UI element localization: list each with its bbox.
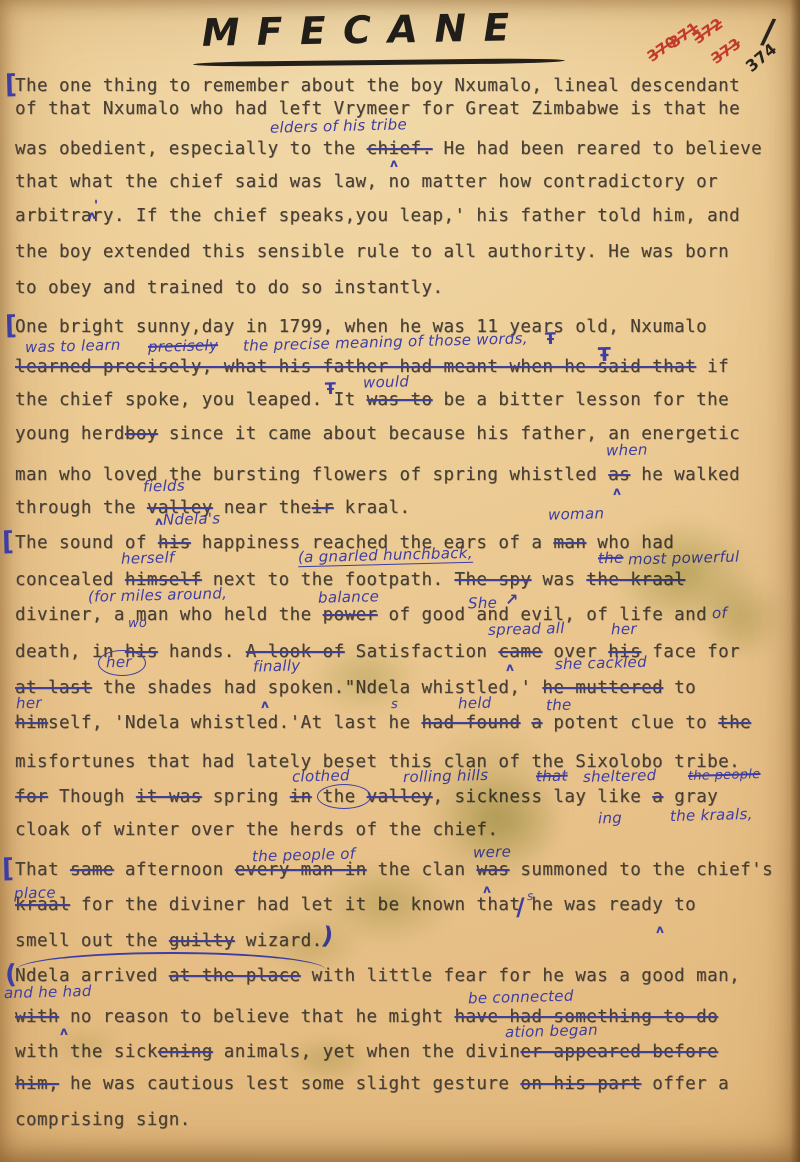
struck-typed-text: in bbox=[290, 787, 312, 807]
handwritten-annotation: elders of his tribe bbox=[270, 115, 407, 137]
handwritten-annotation: she cackled bbox=[555, 653, 647, 673]
typed-line: at last the shades had spoken."Ndela whi… bbox=[15, 678, 696, 698]
caret-mark: ʌ bbox=[88, 208, 96, 222]
handwritten-struck-word: the bbox=[598, 549, 624, 568]
typed-text: Though bbox=[48, 787, 136, 807]
struck-typed-text: ir bbox=[312, 498, 334, 518]
struck-typed-text: same bbox=[70, 860, 114, 880]
handwritten-annotation: the bbox=[546, 696, 572, 715]
typed-text: man who loved the bursting flowers of sp… bbox=[15, 465, 608, 485]
typed-line: to obey and trained to do so instantly. bbox=[15, 278, 443, 298]
typed-line: kraal for the diviner had let it be know… bbox=[15, 895, 696, 915]
handwritten-annotation: s bbox=[527, 889, 534, 903]
typed-text: no reason to believe that he might bbox=[59, 1007, 455, 1027]
typed-text: self, 'Ndela whistled.'At last he bbox=[48, 713, 422, 733]
handwritten-annotation: the kraals, bbox=[670, 805, 753, 825]
struck-typed-text: as bbox=[608, 465, 630, 485]
caret-mark: ʌ bbox=[613, 484, 621, 498]
insertion-mark: ↗ bbox=[505, 590, 519, 609]
typed-text: wizard. bbox=[235, 931, 323, 951]
handwritten-annotation: s bbox=[391, 697, 398, 712]
typed-text: next to the footpath. bbox=[202, 570, 455, 590]
struck-typed-text: was to bbox=[367, 390, 433, 410]
handwritten-annotation: her bbox=[16, 694, 42, 713]
typed-text: the clan bbox=[367, 860, 477, 880]
struck-typed-text: chief. bbox=[367, 139, 433, 159]
caret-mark: ʌ bbox=[483, 882, 491, 896]
pen-arc bbox=[16, 952, 326, 970]
struck-typed-text: the bbox=[718, 713, 751, 733]
struck-typed-text: with bbox=[15, 1007, 59, 1027]
handwritten-annotation: most powerful bbox=[628, 548, 740, 569]
insertion-mark: ) bbox=[320, 921, 336, 951]
typed-text: the chief spoke, you leaped. It bbox=[15, 390, 367, 410]
struck-typed-text: The spy bbox=[454, 570, 531, 590]
handwritten-annotation: (a gnarled hunchback, bbox=[298, 544, 473, 568]
struck-typed-text: man bbox=[553, 533, 586, 553]
typed-text: potent clue to bbox=[542, 713, 718, 733]
typed-line: The one thing to remember about the boy … bbox=[15, 76, 740, 96]
handwritten-annotation: finally bbox=[253, 656, 301, 675]
typed-line: arbitrary. If the chief speaks,you leap,… bbox=[15, 206, 740, 226]
typed-text: was obedient, especially to the bbox=[15, 139, 367, 159]
insertion-mark: Ŧ bbox=[325, 379, 337, 398]
typed-text: spring bbox=[202, 787, 290, 807]
typed-text: summoned to the chief's bbox=[509, 860, 773, 880]
handwritten-annotation: when bbox=[606, 440, 648, 459]
typed-text bbox=[520, 713, 531, 733]
struck-typed-text: a bbox=[531, 713, 542, 733]
pen-loop bbox=[98, 650, 146, 676]
typed-text: hands. bbox=[158, 642, 246, 662]
typed-text: was bbox=[531, 570, 586, 590]
typed-text: , sickness lay like bbox=[433, 787, 653, 807]
typed-line: man who loved the bursting flowers of sp… bbox=[15, 465, 740, 485]
typed-text: He had been reared to believe bbox=[432, 139, 762, 159]
scan-shadow-right-edge bbox=[790, 0, 800, 1162]
title-underline bbox=[193, 58, 565, 66]
typed-text: offer a bbox=[641, 1074, 729, 1094]
handwritten-annotation: would bbox=[363, 372, 410, 391]
typed-text: to bbox=[663, 678, 696, 698]
handwritten-annotation: place bbox=[14, 883, 56, 902]
typed-line: diviner, a man who held the power of goo… bbox=[15, 605, 707, 625]
typed-text: face for bbox=[641, 642, 740, 662]
typed-line: himself, 'Ndela whistled.'At last he had… bbox=[15, 713, 751, 733]
struck-typed-text: ening bbox=[158, 1042, 213, 1062]
caret-mark: ʌ bbox=[60, 1024, 68, 1038]
typed-text: that what the chief said was law, no mat… bbox=[15, 172, 718, 192]
handwritten-annotation: rolling hills bbox=[403, 766, 489, 786]
struck-typed-text: it was bbox=[136, 787, 202, 807]
handwritten-annotation: were bbox=[473, 843, 512, 862]
typed-text: if bbox=[696, 357, 729, 377]
handwritten-annotation: held bbox=[458, 694, 492, 713]
struck-typed-text: was bbox=[476, 860, 509, 880]
handwritten-annotation: She bbox=[468, 594, 498, 613]
struck-typed-text: valley bbox=[367, 787, 433, 807]
handwritten-annotation: fields bbox=[143, 476, 185, 495]
paragraph-bracket-mark: ( bbox=[5, 960, 18, 990]
typed-text: diviner, a man who held the bbox=[15, 605, 323, 625]
struck-typed-text: the kraal bbox=[586, 570, 685, 590]
typed-text: cloak of winter over the herds of the ch… bbox=[15, 820, 498, 840]
handwritten-annotation: Ndela's bbox=[163, 509, 221, 528]
crossed-page-number: 373 bbox=[708, 34, 745, 67]
typed-text: near the bbox=[213, 498, 312, 518]
typed-text: to obey and trained to do so instantly. bbox=[15, 278, 443, 298]
caret-mark: ʌ bbox=[506, 660, 514, 674]
typed-line: cloak of winter over the herds of the ch… bbox=[15, 820, 498, 840]
struck-typed-text: him bbox=[15, 713, 48, 733]
handwritten-annotation: spread all bbox=[488, 619, 565, 639]
insertion-mark: Ŧ bbox=[545, 329, 557, 348]
handwritten-annotation: her bbox=[611, 620, 637, 639]
struck-typed-text: him, bbox=[15, 1074, 59, 1094]
typed-text: he was cautious lest some slight gesture bbox=[59, 1074, 520, 1094]
struck-typed-text: guilty bbox=[169, 931, 235, 951]
struck-typed-text: boy bbox=[125, 424, 158, 444]
typed-text: young herd bbox=[15, 424, 125, 444]
handwritten-annotation: balance bbox=[318, 587, 380, 607]
handwritten-struck-word: precisely bbox=[148, 336, 219, 356]
typed-text: animals, yet when the divin bbox=[213, 1042, 521, 1062]
struck-typed-text: learned precisely, what his father had m… bbox=[15, 357, 696, 377]
typed-text: with the sick bbox=[15, 1042, 158, 1062]
struck-typed-text: came bbox=[498, 642, 542, 662]
handwritten-annotation: was to learn bbox=[25, 336, 121, 356]
typed-text: since it came about because his father, … bbox=[158, 424, 740, 444]
handwritten-annotation: ing bbox=[598, 809, 623, 828]
page-title-handwritten: MFECANE bbox=[198, 5, 530, 55]
struck-typed-text: for bbox=[15, 787, 48, 807]
caret-mark: ʌ bbox=[261, 697, 269, 711]
handwritten-struck-word: that bbox=[536, 767, 568, 786]
typed-line: with no reason to believe that he might … bbox=[15, 1007, 718, 1027]
typed-line: with the sickening animals, yet when the… bbox=[15, 1042, 718, 1062]
typed-line: the boy extended this sensible rule to a… bbox=[15, 242, 729, 262]
handwritten-annotation: (for miles around, bbox=[88, 584, 228, 606]
typed-text: kraal. bbox=[334, 498, 411, 518]
handwritten-annotation: the people of bbox=[252, 845, 356, 866]
struck-typed-text: had found bbox=[422, 713, 521, 733]
insertion-mark: Ŧ bbox=[598, 344, 612, 366]
handwritten-annotation: wo bbox=[128, 616, 148, 631]
typed-line: was obedient, especially to the chief. H… bbox=[15, 139, 762, 159]
typed-line: him, he was cautious lest some slight ge… bbox=[15, 1074, 729, 1094]
typed-text: with little fear for he was a good man, bbox=[301, 966, 740, 986]
typed-text: gray bbox=[663, 787, 718, 807]
handwritten-struck-word: the people bbox=[688, 767, 761, 784]
typed-line: smell out the guilty wizard. bbox=[15, 931, 323, 951]
typed-text: That bbox=[15, 860, 70, 880]
paragraph-bracket-mark: [ bbox=[2, 527, 15, 557]
manuscript-page: MFECANE The one thing to remember about … bbox=[0, 0, 800, 1162]
struck-typed-text: a bbox=[652, 787, 663, 807]
typed-text: he walked bbox=[630, 465, 740, 485]
insertion-mark: ∕ bbox=[516, 893, 526, 921]
handwritten-annotation: clothed bbox=[292, 766, 350, 786]
typed-text: smell out the bbox=[15, 931, 169, 951]
pen-loop bbox=[317, 784, 371, 809]
typed-text: Satisfaction bbox=[345, 642, 499, 662]
typed-text: for the diviner had let it be known that… bbox=[70, 895, 696, 915]
typed-text: arbitrary. If the chief speaks,you leap,… bbox=[15, 206, 740, 226]
typed-text: The one thing to remember about the boy … bbox=[15, 76, 740, 96]
paragraph-bracket-mark: [ bbox=[5, 311, 18, 341]
paragraph-bracket-mark: [ bbox=[5, 70, 18, 100]
handwritten-annotation: sheltered bbox=[583, 766, 657, 786]
handwritten-annotation: woman bbox=[548, 504, 605, 523]
struck-typed-text: power bbox=[323, 605, 378, 625]
typed-line: that what the chief said was law, no mat… bbox=[15, 172, 718, 192]
typed-text: afternoon bbox=[114, 860, 235, 880]
typed-line: That same afternoon every man in the cla… bbox=[15, 860, 773, 880]
typed-line: comprising sign. bbox=[15, 1110, 191, 1130]
struck-typed-text: on his part bbox=[520, 1074, 641, 1094]
struck-typed-text: er appeared before bbox=[520, 1042, 718, 1062]
handwritten-annotation: ation began bbox=[505, 1021, 598, 1041]
paragraph-bracket-mark: [ bbox=[2, 854, 15, 884]
caret-mark: ʌ bbox=[390, 156, 398, 170]
handwritten-annotation: be connected bbox=[468, 987, 574, 1008]
typed-text: be a bitter lesson for the bbox=[432, 390, 729, 410]
typed-text: comprising sign. bbox=[15, 1110, 191, 1130]
typed-text: the boy extended this sensible rule to a… bbox=[15, 242, 729, 262]
typed-text: through the bbox=[15, 498, 147, 518]
typed-line: the chief spoke, you leaped. It was to b… bbox=[15, 390, 729, 410]
caret-mark: ʌ bbox=[656, 922, 664, 936]
handwritten-annotation: herself bbox=[121, 548, 175, 567]
handwritten-annotation: of bbox=[712, 604, 728, 622]
